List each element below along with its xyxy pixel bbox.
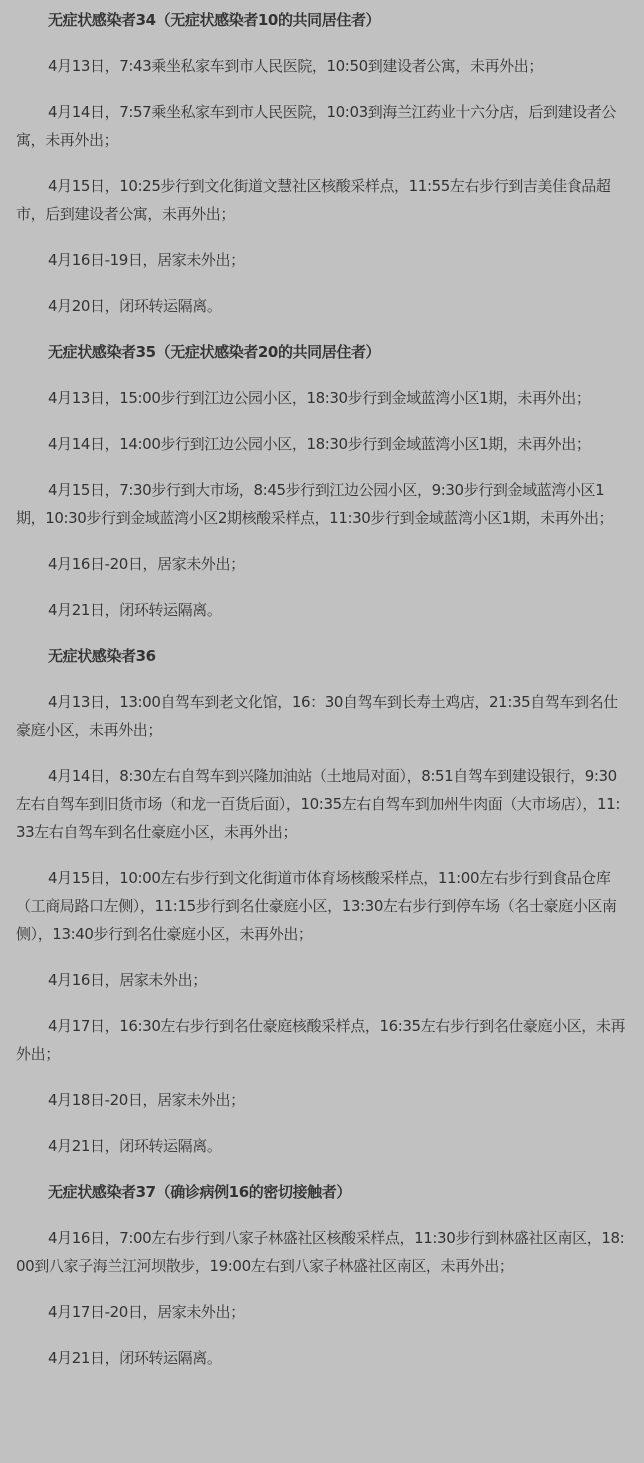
case-heading-36: 无症状感染者36	[16, 642, 628, 670]
case-heading-37: 无症状感染者37（确诊病例16的密切接触者）	[16, 1178, 628, 1206]
itinerary-entry: 4月18日-20日，居家未外出；	[16, 1086, 628, 1114]
itinerary-entry: 4月14日，7:57乘坐私家车到市人民医院，10:03到海兰江药业十六分店，后到…	[16, 98, 628, 154]
document-body: 无症状感染者34（无症状感染者10的共同居住者） 4月13日，7:43乘坐私家车…	[0, 0, 644, 1372]
itinerary-entry: 4月16日，居家未外出；	[16, 966, 628, 994]
itinerary-entry: 4月15日，10:25步行到文化街道文慧社区核酸采样点，11:55左右步行到吉美…	[16, 172, 628, 228]
itinerary-entry: 4月21日，闭环转运隔离。	[16, 596, 628, 624]
itinerary-entry: 4月16日-19日，居家未外出；	[16, 246, 628, 274]
itinerary-entry: 4月16日，7:00左右步行到八家子林盛社区核酸采样点，11:30步行到林盛社区…	[16, 1224, 628, 1280]
itinerary-entry: 4月14日，14:00步行到江边公园小区，18:30步行到金域蓝湾小区1期，未再…	[16, 430, 628, 458]
itinerary-entry: 4月13日，7:43乘坐私家车到市人民医院，10:50到建设者公寓，未再外出；	[16, 52, 628, 80]
itinerary-entry: 4月15日，7:30步行到大市场，8:45步行到江边公园小区，9:30步行到金域…	[16, 476, 628, 532]
itinerary-entry: 4月17日-20日，居家未外出；	[16, 1298, 628, 1326]
itinerary-entry: 4月13日，13:00自驾车到老文化馆，16：30自驾车到长寿土鸡店，21:35…	[16, 688, 628, 744]
itinerary-entry: 4月21日，闭环转运隔离。	[16, 1132, 628, 1160]
case-heading-35: 无症状感染者35（无症状感染者20的共同居住者）	[16, 338, 628, 366]
case-heading-34: 无症状感染者34（无症状感染者10的共同居住者）	[16, 6, 628, 34]
itinerary-entry: 4月15日，10:00左右步行到文化街道市体育场核酸采样点，11:00左右步行到…	[16, 864, 628, 948]
itinerary-entry: 4月21日，闭环转运隔离。	[16, 1344, 628, 1372]
itinerary-entry: 4月14日，8:30左右自驾车到兴隆加油站（土地局对面），8:51自驾车到建设银…	[16, 762, 628, 846]
itinerary-entry: 4月17日，16:30左右步行到名仕豪庭核酸采样点，16:35左右步行到名仕豪庭…	[16, 1012, 628, 1068]
itinerary-entry: 4月16日-20日，居家未外出；	[16, 550, 628, 578]
itinerary-entry: 4月20日，闭环转运隔离。	[16, 292, 628, 320]
itinerary-entry: 4月13日，15:00步行到江边公园小区，18:30步行到金域蓝湾小区1期，未再…	[16, 384, 628, 412]
